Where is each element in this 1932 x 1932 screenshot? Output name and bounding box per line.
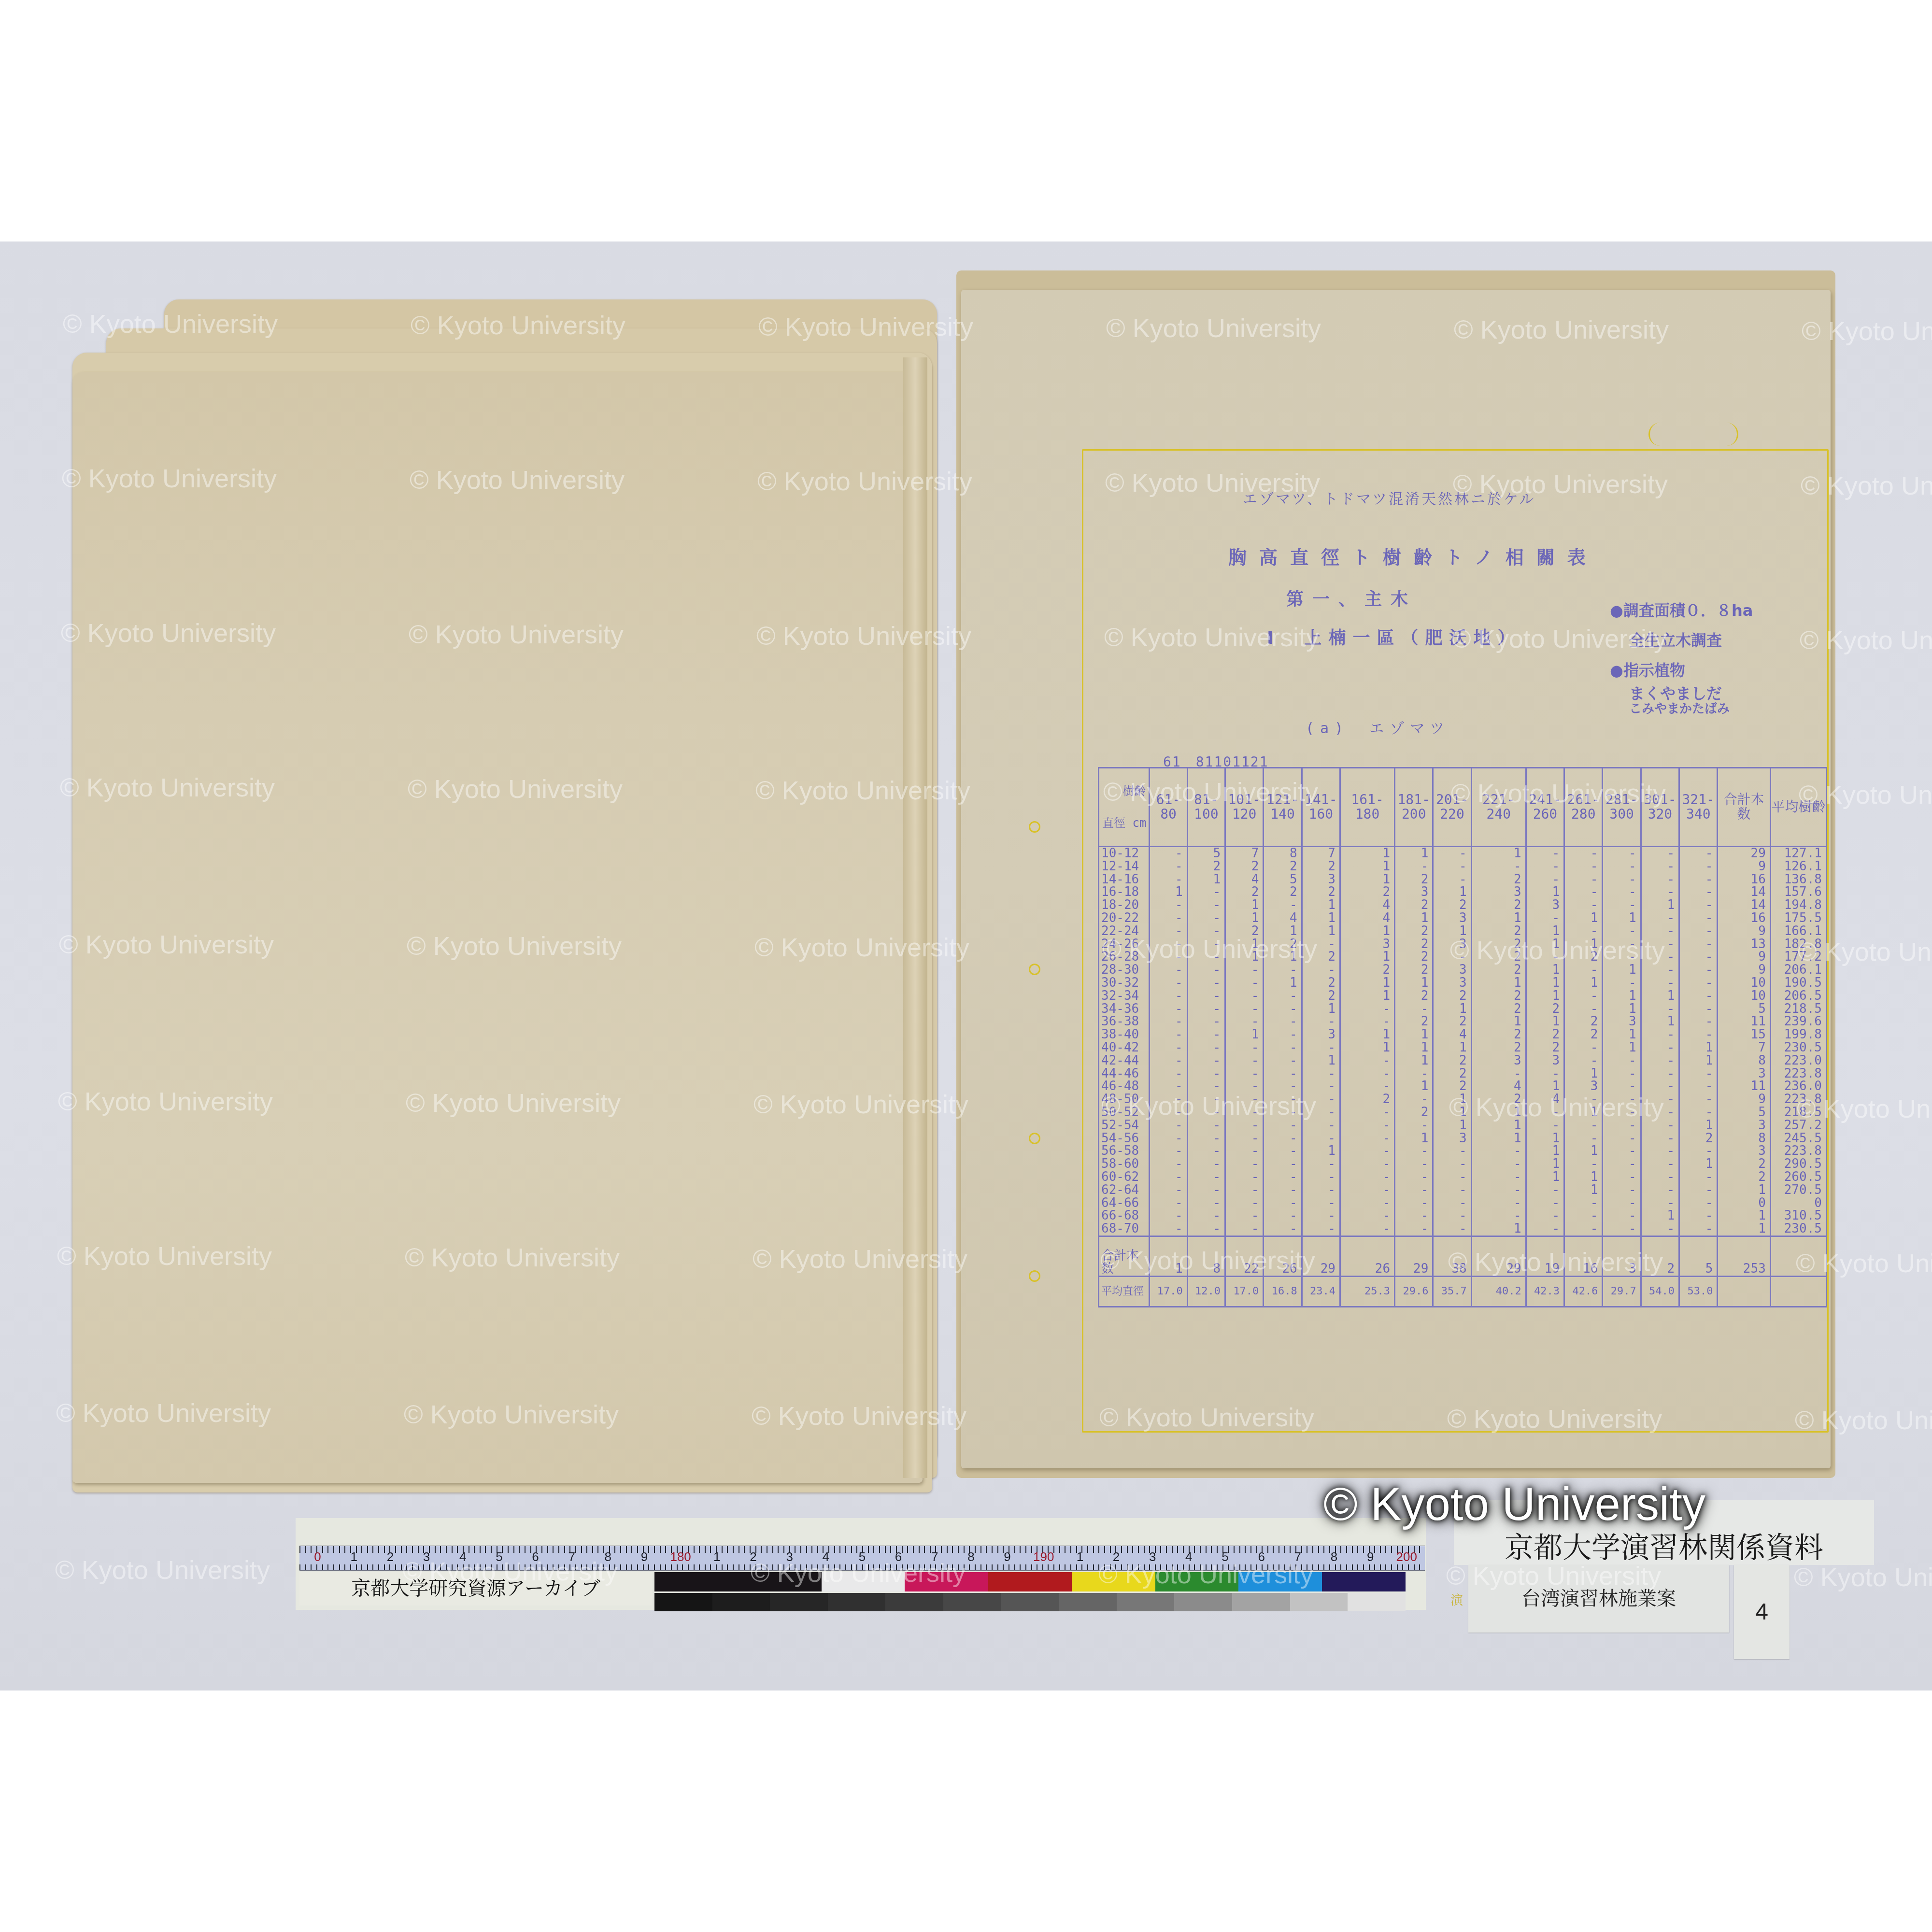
- count-cell: 1: [1471, 912, 1526, 925]
- color-swatch: [654, 1572, 738, 1591]
- count-cell: -: [1302, 1171, 1340, 1184]
- count-cell: -: [1471, 1184, 1526, 1197]
- count-cell: 1: [1150, 886, 1187, 899]
- count-cell: 1: [1526, 1171, 1564, 1184]
- row-average-age-cell: 177.2: [1770, 951, 1826, 964]
- table-row: 48-50-----2-124----9223.8: [1099, 1093, 1827, 1106]
- row-total-cell: 1: [1718, 1222, 1770, 1236]
- age-column-header: 141-160: [1302, 768, 1340, 847]
- count-cell: 1: [1471, 1106, 1526, 1119]
- table-row: 24-26--12-323211---13182.8: [1099, 938, 1827, 951]
- diameter-class-cell: 32-34: [1099, 990, 1150, 1003]
- age-column-header: 281-300: [1603, 768, 1641, 847]
- table-row: 52-54-------11----13257.2: [1099, 1119, 1827, 1132]
- count-cell: -: [1187, 1209, 1225, 1222]
- count-cell: -: [1679, 912, 1718, 925]
- age-column-header: 241-260: [1526, 768, 1564, 847]
- diameter-class-cell: 64-66: [1099, 1197, 1150, 1210]
- count-cell: 2: [1395, 1106, 1433, 1119]
- empty-cell: [1770, 1276, 1826, 1307]
- count-cell: -: [1603, 1158, 1641, 1171]
- count-cell: -: [1433, 1184, 1471, 1197]
- count-cell: 1: [1641, 990, 1679, 1003]
- count-cell: 2: [1564, 1015, 1603, 1028]
- count-cell: 4: [1433, 1028, 1471, 1041]
- count-cell: -: [1603, 1171, 1641, 1184]
- count-cell: 1: [1302, 925, 1340, 938]
- side-note: まくやましだ: [1610, 685, 1753, 702]
- diameter-class-cell: 10-12: [1099, 847, 1150, 860]
- count-cell: 3: [1526, 899, 1564, 912]
- count-cell: 1: [1526, 1132, 1564, 1145]
- count-cell: -: [1264, 1041, 1302, 1054]
- count-cell: 1: [1526, 990, 1564, 1003]
- ruler-tick-label: 3: [408, 1549, 444, 1567]
- count-cell: -: [1225, 1106, 1264, 1119]
- table-row: 28-30-----22321-1--9206.1: [1099, 964, 1827, 977]
- count-cell: -: [1225, 1041, 1264, 1054]
- count-cell: 1: [1395, 1132, 1433, 1145]
- count-cell: -: [1150, 951, 1187, 964]
- count-cell: -: [1187, 964, 1225, 977]
- count-cell: -: [1395, 1197, 1433, 1210]
- count-cell: -: [1187, 1132, 1225, 1145]
- row-total-cell: 5: [1718, 1003, 1770, 1016]
- diameter-class-cell: 24-26: [1099, 938, 1150, 951]
- count-cell: -: [1641, 1132, 1679, 1145]
- side-note: ●調査面積０．８ha: [1610, 596, 1753, 625]
- count-cell: -: [1187, 990, 1225, 1003]
- row-average-age-cell: 190.5: [1770, 977, 1826, 990]
- count-cell: -: [1395, 1119, 1433, 1132]
- ruler-tick-label: 9: [1352, 1549, 1389, 1567]
- row-total-cell: 2: [1718, 1171, 1770, 1184]
- count-cell: -: [1187, 1158, 1225, 1171]
- count-cell: -: [1641, 886, 1679, 899]
- count-cell: -: [1433, 951, 1471, 964]
- row-average-age-cell: 199.8: [1770, 1028, 1826, 1041]
- diameter-class-cell: 48-50: [1099, 1093, 1150, 1106]
- left-page-gutter: [903, 357, 927, 1478]
- ruler-tick-label: 1: [699, 1549, 735, 1567]
- count-cell: -: [1564, 1222, 1603, 1236]
- count-cell: -: [1395, 1067, 1433, 1080]
- count-cell: 2: [1264, 938, 1302, 951]
- count-cell: -: [1603, 873, 1641, 886]
- count-cell: 1: [1564, 1171, 1603, 1184]
- row-total-cell: 0: [1718, 1197, 1770, 1210]
- ruler-tick-label: 6: [881, 1549, 917, 1567]
- count-cell: -: [1679, 977, 1718, 990]
- average-diameter-cell: 54.0: [1641, 1276, 1679, 1307]
- count-cell: -: [1187, 912, 1225, 925]
- count-cell: -: [1225, 964, 1264, 977]
- count-cell: 3: [1302, 873, 1340, 886]
- count-cell: -: [1641, 1158, 1679, 1171]
- count-cell: -: [1150, 1054, 1187, 1067]
- diameter-class-cell: 54-56: [1099, 1132, 1150, 1145]
- count-cell: -: [1603, 938, 1641, 951]
- count-cell: 1: [1526, 964, 1564, 977]
- count-cell: -: [1679, 886, 1718, 899]
- count-cell: -: [1225, 1015, 1264, 1028]
- count-cell: 2: [1395, 873, 1433, 886]
- ruler-tick-label: 4: [808, 1549, 844, 1567]
- table-row: 26-28--11212-2-2---9177.2: [1099, 951, 1827, 964]
- count-cell: -: [1641, 1067, 1679, 1080]
- totals-row: 合計本数18222629262938291916325253: [1099, 1236, 1827, 1276]
- count-cell: 2: [1264, 860, 1302, 873]
- diameter-class-cell: 44-46: [1099, 1067, 1150, 1080]
- count-cell: -: [1679, 938, 1718, 951]
- count-cell: -: [1641, 938, 1679, 951]
- row-total-cell: 9: [1718, 964, 1770, 977]
- table-row: 54-56------1311---28245.5: [1099, 1132, 1827, 1145]
- count-cell: -: [1471, 1197, 1526, 1210]
- color-swatch: [738, 1572, 822, 1591]
- count-cell: 3: [1564, 1080, 1603, 1093]
- row-total-cell: 1: [1718, 1209, 1770, 1222]
- count-cell: -: [1150, 1132, 1187, 1145]
- diameter-class-cell: 36-38: [1099, 1015, 1150, 1028]
- color-swatch: [1322, 1572, 1406, 1591]
- ruler-tick-label: 1: [336, 1549, 372, 1567]
- count-cell: 1: [1433, 1003, 1471, 1016]
- count-cell: -: [1641, 860, 1679, 873]
- row-total-cell: 9: [1718, 925, 1770, 938]
- count-cell: 3: [1340, 938, 1395, 951]
- average-diameter-cell: 29.6: [1395, 1276, 1433, 1307]
- table-row: 62-64----------1---1270.5: [1099, 1184, 1827, 1197]
- count-cell: 1: [1603, 1028, 1641, 1041]
- count-cell: 1: [1564, 912, 1603, 925]
- gray-step: [1001, 1593, 1059, 1611]
- count-cell: -: [1526, 873, 1564, 886]
- count-cell: 2: [1395, 951, 1433, 964]
- count-cell: -: [1340, 1158, 1395, 1171]
- gray-step: [1348, 1593, 1406, 1611]
- count-cell: 1: [1564, 1145, 1603, 1158]
- count-cell: -: [1264, 1028, 1302, 1041]
- count-cell: 1: [1471, 1015, 1526, 1028]
- ruler-numbers: 0123456789180123456789190123456789200: [299, 1549, 1425, 1567]
- count-cell: 1: [1395, 1080, 1433, 1093]
- count-cell: 4: [1471, 1080, 1526, 1093]
- count-cell: 1: [1603, 990, 1641, 1003]
- count-cell: -: [1225, 1132, 1264, 1145]
- count-cell: -: [1603, 860, 1641, 873]
- count-cell: -: [1679, 873, 1718, 886]
- count-cell: 2: [1225, 886, 1264, 899]
- ruler-tick-label: 6: [1243, 1549, 1279, 1567]
- count-cell: -: [1641, 1119, 1679, 1132]
- count-cell: -: [1187, 1171, 1225, 1184]
- count-cell: -: [1302, 1222, 1340, 1236]
- count-cell: 1: [1433, 886, 1471, 899]
- count-cell: -: [1150, 1184, 1187, 1197]
- count-cell: -: [1603, 977, 1641, 990]
- empty-cell: [1718, 1276, 1770, 1307]
- count-cell: -: [1150, 1028, 1187, 1041]
- count-cell: 1: [1564, 938, 1603, 951]
- count-cell: 1: [1679, 1041, 1718, 1054]
- count-cell: -: [1150, 964, 1187, 977]
- count-cell: 1: [1526, 1015, 1564, 1028]
- row-average-age-cell: 166.1: [1770, 925, 1826, 938]
- count-cell: -: [1395, 860, 1433, 873]
- count-cell: -: [1603, 1067, 1641, 1080]
- diameter-class-cell: 30-32: [1099, 977, 1150, 990]
- binding-hole: [1029, 1270, 1040, 1282]
- average-diameter-cell: 17.0: [1150, 1276, 1187, 1307]
- count-cell: -: [1679, 1209, 1718, 1222]
- count-cell: -: [1564, 1197, 1603, 1210]
- count-cell: 2: [1471, 990, 1526, 1003]
- count-cell: -: [1641, 873, 1679, 886]
- row-total-cell: 29: [1718, 847, 1770, 860]
- diameter-class-cell: 12-14: [1099, 860, 1150, 873]
- count-cell: -: [1603, 1054, 1641, 1067]
- age-column-header: 61-80: [1150, 768, 1187, 847]
- count-cell: -: [1641, 1003, 1679, 1016]
- age-column-header: 261-280: [1564, 768, 1603, 847]
- count-cell: 2: [1302, 977, 1340, 990]
- count-cell: -: [1302, 1080, 1340, 1093]
- count-cell: -: [1433, 1158, 1471, 1171]
- row-average-age-cell: 290.5: [1770, 1158, 1826, 1171]
- count-cell: 3: [1395, 886, 1433, 899]
- diameter-axis-label: 直徑 cm: [1099, 817, 1149, 829]
- count-cell: -: [1433, 860, 1471, 873]
- count-cell: 2: [1395, 990, 1433, 1003]
- count-cell: -: [1340, 1171, 1395, 1184]
- count-cell: 1: [1471, 1132, 1526, 1145]
- count-cell: -: [1564, 1119, 1603, 1132]
- count-cell: -: [1150, 1197, 1187, 1210]
- count-cell: 2: [1433, 899, 1471, 912]
- ruler-tick-label: 5: [1207, 1549, 1243, 1567]
- count-cell: 2: [1471, 873, 1526, 886]
- column-total-cell: 5: [1679, 1236, 1718, 1276]
- count-cell: -: [1433, 1171, 1471, 1184]
- count-cell: -: [1187, 886, 1225, 899]
- gray-step: [712, 1593, 770, 1611]
- count-cell: -: [1187, 951, 1225, 964]
- count-cell: -: [1150, 1171, 1187, 1184]
- count-cell: -: [1264, 1209, 1302, 1222]
- count-cell: -: [1433, 1222, 1471, 1236]
- side-note: 全生立木調査: [1610, 625, 1753, 655]
- color-swatch: [822, 1572, 905, 1591]
- ruler-tick-label: 0: [299, 1549, 336, 1567]
- subsection-heading: I 上楠一區（肥沃地）: [1267, 625, 1521, 649]
- count-cell: 1: [1340, 1041, 1395, 1054]
- count-cell: 3: [1603, 1015, 1641, 1028]
- count-cell: -: [1340, 1197, 1395, 1210]
- count-cell: -: [1187, 1028, 1225, 1041]
- count-cell: -: [1433, 847, 1471, 860]
- count-cell: -: [1641, 964, 1679, 977]
- count-cell: -: [1679, 951, 1718, 964]
- table-row: 68-70--------1-----1230.5: [1099, 1222, 1827, 1236]
- count-cell: 2: [1302, 990, 1340, 1003]
- age-column-header: 301-320: [1641, 768, 1679, 847]
- gray-step: [1290, 1593, 1348, 1611]
- ruler-tick-label: 9: [989, 1549, 1025, 1567]
- count-cell: 4: [1340, 899, 1395, 912]
- count-cell: 1: [1225, 912, 1264, 925]
- column-total-cell: 22: [1225, 1236, 1264, 1276]
- table-body: 10-12-578711-1-----29127.112-14-22221---…: [1099, 847, 1827, 1307]
- count-cell: -: [1340, 1119, 1395, 1132]
- gray-step: [770, 1593, 828, 1611]
- count-cell: 1: [1433, 925, 1471, 938]
- count-cell: -: [1564, 1209, 1603, 1222]
- average-diameter-cell: 42.3: [1526, 1276, 1564, 1307]
- diameter-class-cell: 58-60: [1099, 1158, 1150, 1171]
- count-cell: -: [1264, 1145, 1302, 1158]
- ruler-tick-label: 7: [1279, 1549, 1316, 1567]
- count-cell: 1: [1526, 886, 1564, 899]
- count-cell: 1: [1471, 977, 1526, 990]
- count-cell: 3: [1302, 1028, 1340, 1041]
- count-cell: 2: [1679, 1132, 1718, 1145]
- row-average-age-cell: 136.8: [1770, 873, 1826, 886]
- count-cell: 1: [1395, 1054, 1433, 1067]
- count-cell: 5: [1264, 873, 1302, 886]
- diameter-class-cell: 62-64: [1099, 1184, 1150, 1197]
- count-cell: -: [1564, 925, 1603, 938]
- row-total-cell: 2: [1718, 1158, 1770, 1171]
- count-cell: -: [1641, 1054, 1679, 1067]
- average-diameter-cell: 29.7: [1603, 1276, 1641, 1307]
- count-cell: -: [1264, 990, 1302, 1003]
- average-diameter-cell: 16.8: [1264, 1276, 1302, 1307]
- count-cell: 2: [1433, 990, 1471, 1003]
- row-average-age-cell: 257.2: [1770, 1119, 1826, 1132]
- table-row: 12-14-22221--------9126.1: [1099, 860, 1827, 873]
- table-row: 40-42-----11122-1-17230.5: [1099, 1041, 1827, 1054]
- count-cell: -: [1225, 1080, 1264, 1093]
- count-cell: -: [1302, 1093, 1340, 1106]
- column-total-cell: 8: [1187, 1236, 1225, 1276]
- count-cell: 4: [1225, 873, 1264, 886]
- count-cell: -: [1395, 1209, 1433, 1222]
- diameter-class-cell: 42-44: [1099, 1054, 1150, 1067]
- row-total-cell: 9: [1718, 951, 1770, 964]
- ruler-tick-label: 2: [735, 1549, 771, 1567]
- ruler-tick-label: 8: [1316, 1549, 1352, 1567]
- count-cell: 7: [1225, 847, 1264, 860]
- count-cell: -: [1225, 1171, 1264, 1184]
- count-cell: -: [1264, 1003, 1302, 1016]
- count-cell: -: [1679, 1184, 1718, 1197]
- count-cell: -: [1302, 1184, 1340, 1197]
- count-cell: -: [1264, 1080, 1302, 1093]
- count-cell: -: [1641, 1080, 1679, 1093]
- count-cell: -: [1150, 977, 1187, 990]
- row-total-cell: 10: [1718, 990, 1770, 1003]
- count-cell: -: [1564, 990, 1603, 1003]
- row-average-age-cell: 218.5: [1770, 1106, 1826, 1119]
- count-cell: 3: [1526, 1054, 1564, 1067]
- gray-scale: [654, 1593, 1406, 1611]
- color-swatches: [654, 1572, 1406, 1591]
- count-cell: -: [1471, 860, 1526, 873]
- table-row: 10-12-578711-1-----29127.1: [1099, 847, 1827, 860]
- count-cell: -: [1150, 1158, 1187, 1171]
- count-cell: -: [1150, 847, 1187, 860]
- count-cell: 2: [1302, 951, 1340, 964]
- count-cell: -: [1150, 899, 1187, 912]
- count-cell: -: [1302, 1197, 1340, 1210]
- gray-step: [828, 1593, 886, 1611]
- gray-step: [654, 1593, 712, 1611]
- count-cell: -: [1564, 847, 1603, 860]
- table-row: 18-20--1-142223--1-14194.8: [1099, 899, 1827, 912]
- item-number-label: 4: [1734, 1565, 1790, 1659]
- count-cell: -: [1641, 1222, 1679, 1236]
- count-cell: -: [1302, 1209, 1340, 1222]
- count-cell: -: [1264, 1119, 1302, 1132]
- count-cell: -: [1225, 990, 1264, 1003]
- ruler-tick-label: 180: [663, 1549, 699, 1567]
- count-cell: 1: [1603, 964, 1641, 977]
- right-document-page: エゾマツ、トドマツ混淆天然林ニ於ケル 胸高直徑ト樹齡トノ相關表 第一、主木 I …: [961, 290, 1831, 1468]
- table-row: 20-22--1414131-11--16175.5: [1099, 912, 1827, 925]
- count-cell: -: [1264, 1132, 1302, 1145]
- count-cell: -: [1225, 1054, 1264, 1067]
- age-column-header: 321-340: [1679, 768, 1718, 847]
- diameter-class-cell: 66-68: [1099, 1209, 1150, 1222]
- count-cell: 2: [1471, 1041, 1526, 1054]
- age-column-header: 181-200: [1395, 768, 1433, 847]
- count-cell: 1: [1603, 1003, 1641, 1016]
- count-cell: -: [1150, 1015, 1187, 1028]
- count-cell: 1: [1340, 860, 1395, 873]
- count-cell: -: [1150, 1041, 1187, 1054]
- grand-total-cell: 253: [1718, 1236, 1770, 1276]
- row-total-cell: 10: [1718, 977, 1770, 990]
- count-cell: -: [1340, 1222, 1395, 1236]
- count-cell: 2: [1471, 925, 1526, 938]
- color-swatch: [1072, 1572, 1155, 1591]
- count-cell: -: [1564, 860, 1603, 873]
- count-cell: -: [1340, 1003, 1395, 1016]
- side-note: ●指示植物: [1610, 655, 1753, 685]
- count-cell: 1: [1433, 1119, 1471, 1132]
- row-average-age-cell: 260.5: [1770, 1171, 1826, 1184]
- color-swatch: [1155, 1572, 1239, 1591]
- average-age-header: 平均樹齡: [1770, 768, 1826, 847]
- row-average-age-cell: 194.8: [1770, 899, 1826, 912]
- count-cell: -: [1150, 912, 1187, 925]
- count-cell: -: [1264, 1093, 1302, 1106]
- count-cell: -: [1150, 1003, 1187, 1016]
- diameter-class-cell: 52-54: [1099, 1119, 1150, 1132]
- table-row: 36-38------2211231-11239.6: [1099, 1015, 1827, 1028]
- age-column-header: 221-240: [1471, 768, 1526, 847]
- count-cell: 1: [1264, 925, 1302, 938]
- count-cell: -: [1264, 1222, 1302, 1236]
- count-cell: -: [1150, 1067, 1187, 1080]
- count-cell: -: [1564, 964, 1603, 977]
- color-swatch: [988, 1572, 1072, 1591]
- count-cell: -: [1264, 1184, 1302, 1197]
- count-cell: 1: [1302, 1003, 1340, 1016]
- count-cell: -: [1433, 873, 1471, 886]
- count-cell: 1: [1340, 977, 1395, 990]
